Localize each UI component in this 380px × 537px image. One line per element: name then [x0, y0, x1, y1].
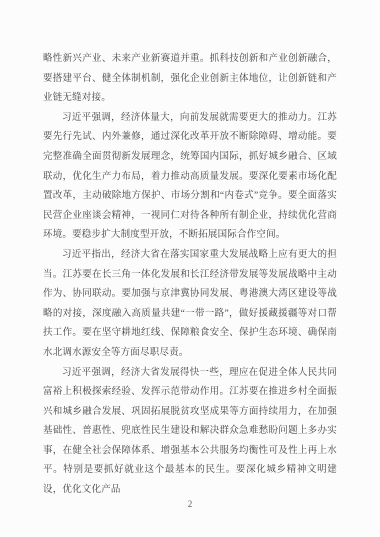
paragraph: 习近平强调，经济体量大，向前发展就需要更大的推动力。江苏要先行先试、内外兼修，通… [43, 109, 337, 246]
paragraph: 习近平指出，经济大省在落实国家重大发展战略上应有更大的担当。江苏要在长三角一体化… [43, 246, 337, 364]
paragraph: 略性新兴产业、未来产业新赛道并重。抓科技创新和产业创新融合，要搭建平台、健全体制… [43, 50, 337, 109]
page-number: 2 [0, 498, 380, 510]
document-page: 略性新兴产业、未来产业新赛道并重。抓科技创新和产业创新融合，要搭建平台、健全体制… [0, 0, 380, 537]
document-body: 略性新兴产业、未来产业新赛道并重。抓科技创新和产业创新融合，要搭建平台、健全体制… [43, 50, 337, 501]
paragraph: 习近平强调，经济大省发展得快一些，理应在促进全体人民共同富裕上积极探索经验、发挥… [43, 364, 337, 501]
